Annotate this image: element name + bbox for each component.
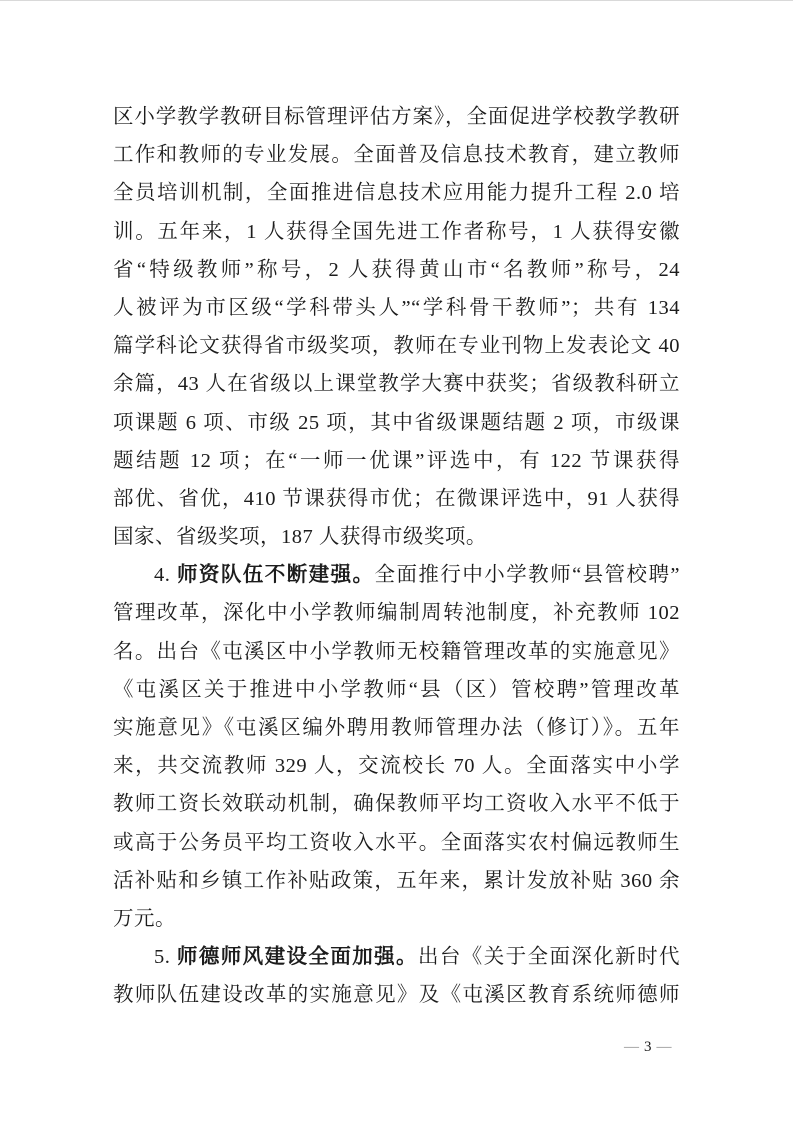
text-line: 名。出台《屯溪区中小学教师无校籍管理改革的实施意见》 bbox=[113, 633, 680, 671]
text-line: 人被评为市区级“学科带头人”“学科骨干教师”；共有 134 bbox=[113, 289, 680, 327]
text-line: 5. 师德师风建设全面加强。出台《关于全面深化新时代 bbox=[113, 938, 680, 976]
text-segment: 活补贴和乡镇工作补贴政策，五年来，累计发放补贴 360 余 bbox=[113, 870, 680, 892]
text-line: 项课题 6 项、市级 25 项，其中省级课题结题 2 项，市级课 bbox=[113, 404, 680, 442]
text-line: 教师队伍建设改革的实施意见》及《屯溪区教育系统师德师 bbox=[113, 976, 680, 1014]
text-segment: 名。出台《屯溪区中小学教师无校籍管理改革的实施意见》 bbox=[113, 641, 680, 663]
text-line: 活补贴和乡镇工作补贴政策，五年来，累计发放补贴 360 余 bbox=[113, 862, 680, 900]
text-segment: 来，共交流教师 329 人，交流校长 70 人。全面落实中小学 bbox=[113, 755, 680, 777]
text-segment: 全员培训机制，全面推进信息技术应用能力提升工程 2.0 培 bbox=[113, 182, 680, 204]
text-segment: 全面推行中小学教师“县管校聘” bbox=[375, 564, 680, 586]
text-line: 余篇，43 人在省级以上课堂教学大赛中获奖；省级教科研立 bbox=[113, 365, 680, 403]
text-line: 省“特级教师”称号，2 人获得黄山市“名教师”称号，24 bbox=[113, 251, 680, 289]
text-segment: 国家、省级奖项，187 人获得市级奖项。 bbox=[113, 526, 487, 548]
text-segment: 训。五年来，1 人获得全国先进工作者称号，1 人获得安徽 bbox=[113, 221, 680, 243]
text-segment: 工作和教师的专业发展。全面普及信息技术教育，建立教师 bbox=[113, 144, 680, 166]
text-line: 国家、省级奖项，187 人获得市级奖项。 bbox=[113, 518, 680, 556]
text-segment: 或高于公务员平均工资收入水平。全面落实农村偏远教师生 bbox=[113, 832, 680, 854]
text-line: 部优、省优，410 节课获得市优；在微课评选中，91 人获得 bbox=[113, 480, 680, 518]
text-segment: 部优、省优，410 节课获得市优；在微课评选中，91 人获得 bbox=[113, 488, 680, 510]
text-line: 4. 师资队伍不断建强。全面推行中小学教师“县管校聘” bbox=[113, 556, 680, 594]
text-segment: 万元。 bbox=[113, 908, 176, 930]
text-segment: 出台《关于全面深化新时代 bbox=[418, 946, 680, 968]
text-line: 工作和教师的专业发展。全面普及信息技术教育，建立教师 bbox=[113, 136, 680, 174]
text-line: 来，共交流教师 329 人，交流校长 70 人。全面落实中小学 bbox=[113, 747, 680, 785]
text-line: 篇学科论文获得省市级奖项，教师在专业刊物上发表论文 40 bbox=[113, 327, 680, 365]
text-segment: 4. bbox=[154, 564, 177, 586]
text-segment: 人被评为市区级“学科带头人”“学科骨干教师”；共有 134 bbox=[113, 297, 680, 319]
text-line: 实施意见》《屯溪区编外聘用教师管理办法（修订）》。五年 bbox=[113, 709, 680, 747]
section-heading-segment: 师德师风建设全面加强。 bbox=[177, 946, 418, 968]
text-line: 《屯溪区关于推进中小学教师“县（区）管校聘”管理改革 bbox=[113, 671, 680, 709]
text-line: 题结题 12 项；在“一师一优课”评选中，有 122 节课获得 bbox=[113, 442, 680, 480]
page-top-edge bbox=[0, 0, 793, 1]
text-segment: 篇学科论文获得省市级奖项，教师在专业刊物上发表论文 40 bbox=[113, 335, 680, 357]
text-segment: 实施意见》《屯溪区编外聘用教师管理办法（修订）》。五年 bbox=[113, 717, 680, 739]
text-segment: 区小学教学教研目标管理评估方案》，全面促进学校教学教研 bbox=[113, 106, 680, 128]
text-line: 管理改革，深化中小学教师编制周转池制度，补充教师 102 bbox=[113, 594, 680, 632]
page-number-left-dash: — bbox=[624, 1039, 640, 1055]
text-segment: 题结题 12 项；在“一师一优课”评选中，有 122 节课获得 bbox=[113, 450, 680, 472]
text-segment: 教师工资长效联动机制，确保教师平均工资收入水平不低于 bbox=[113, 793, 680, 815]
text-line: 教师工资长效联动机制，确保教师平均工资收入水平不低于 bbox=[113, 785, 680, 823]
text-segment: 项课题 6 项、市级 25 项，其中省级课题结题 2 项，市级课 bbox=[113, 412, 680, 434]
text-segment: 《屯溪区关于推进中小学教师“县（区）管校聘”管理改革 bbox=[113, 679, 680, 701]
text-segment: 管理改革，深化中小学教师编制周转池制度，补充教师 102 bbox=[113, 602, 680, 624]
text-line: 或高于公务员平均工资收入水平。全面落实农村偏远教师生 bbox=[113, 824, 680, 862]
text-line: 全员培训机制，全面推进信息技术应用能力提升工程 2.0 培 bbox=[113, 174, 680, 212]
text-line: 区小学教学教研目标管理评估方案》，全面促进学校教学教研 bbox=[113, 98, 680, 136]
section-heading-segment: 师资队伍不断建强。 bbox=[177, 564, 375, 586]
page-number: —3— bbox=[624, 1036, 673, 1058]
text-line: 训。五年来，1 人获得全国先进工作者称号，1 人获得安徽 bbox=[113, 213, 680, 251]
page-number-right-dash: — bbox=[657, 1039, 673, 1055]
page-number-value: 3 bbox=[640, 1039, 657, 1055]
text-line: 万元。 bbox=[113, 900, 680, 938]
text-segment: 5. bbox=[154, 946, 177, 968]
text-segment: 省“特级教师”称号，2 人获得黄山市“名教师”称号，24 bbox=[113, 259, 680, 281]
text-segment: 余篇，43 人在省级以上课堂教学大赛中获奖；省级教科研立 bbox=[113, 373, 680, 395]
text-segment: 教师队伍建设改革的实施意见》及《屯溪区教育系统师德师 bbox=[113, 984, 680, 1006]
text-body: 区小学教学教研目标管理评估方案》，全面促进学校教学教研工作和教师的专业发展。全面… bbox=[113, 98, 680, 1015]
